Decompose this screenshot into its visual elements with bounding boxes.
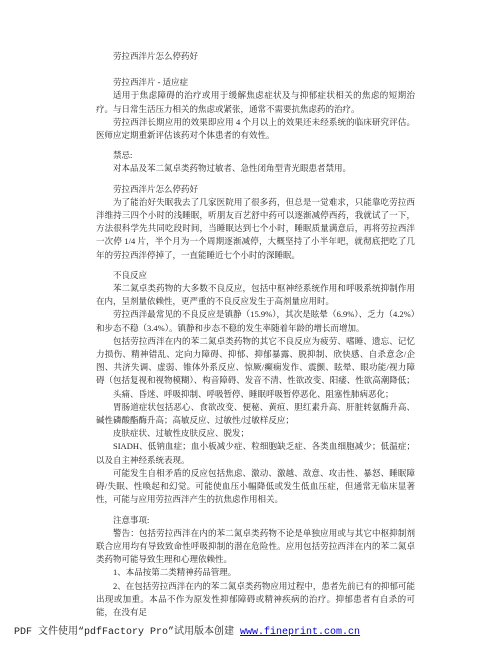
paragraph: 苯二氮卓类药物的大多数不良反应，包括中枢神经系统作用和呼吸系统抑制作用在内，呈剂…: [96, 282, 415, 308]
section-how-to-stop: 劳拉西泮片怎么停药好 为了能治好失眠我去了几家医院用了很多药，但总是一觉难求，只…: [96, 183, 415, 262]
paragraph: 劳拉西泮最常见的不良反应是镇静（15.9%），其次是眩晕（6.9%）、乏力（4.…: [96, 308, 415, 334]
paragraph: 对本品及苯二氮卓类药物过敏者、急性闭角型青光眼患者禁用。: [96, 162, 415, 175]
section-heading: 劳拉西泮片 - 适应症: [96, 76, 415, 89]
paragraph: 可能发生自相矛盾的反应包括焦虑、激动、激越、敌意、攻击性、暴怒、睡眠障碍/失眠、…: [96, 467, 415, 507]
paragraph: 适用于焦虑障碍的治疗或用于缓解焦虑症状及与抑郁症状相关的焦虑的短期治疗。与日常生…: [96, 89, 415, 115]
paragraph: 头痛、昏迷、呼吸抑制、呼吸暂停、睡眠呼吸暂停恶化、阻塞性肺病恶化；: [96, 388, 415, 401]
paragraph: 警告：包括劳拉西泮在内的苯二氮卓类药物不论是单独应用或与其它中枢抑制剂联合应用均…: [96, 527, 415, 567]
section-adverse-reactions: 不良反应 苯二氮卓类药物的大多数不良反应，包括中枢神经系统作用和呼吸系统抑制作用…: [96, 269, 415, 507]
document-body: 劳拉西泮片怎么停药好 劳拉西泮片 - 适应症 适用于焦虑障碍的治疗或用于缓解焦虑…: [96, 50, 415, 626]
paragraph: 2、在包括劳拉西泮在内的苯二氮卓类药物应用过程中，患者先前已有的抑郁可能出现或加…: [96, 580, 415, 620]
section-heading: 不良反应: [96, 269, 415, 282]
paragraph: 包括劳拉西泮在内的苯二氮卓类药物的其它不良反应为疲劳、嗜睡、遗忘、记忆力损伤、精…: [96, 335, 415, 388]
paragraph: SIADH、低钠血症；血小板减少症、粒细胞缺乏症、各类血细胞减少；低温症；以及自…: [96, 440, 415, 466]
section-contraindications: 禁忌: 对本品及苯二氮卓类药物过敏者、急性闭角型青光眼患者禁用。: [96, 149, 415, 175]
paragraph: 胃肠道症状包括恶心、食欲改变、便秘、黄疸、胆红素升高、肝脏转氨酶升高、碱性磷酸酯…: [96, 401, 415, 427]
paragraph: 为了能治好失眠我去了几家医院用了很多药，但总是一觉难求，只能靠吃劳拉西泮维持三四…: [96, 196, 415, 262]
section-heading: 注意事项:: [96, 514, 415, 527]
section-precautions: 注意事项: 警告：包括劳拉西泮在内的苯二氮卓类药物不论是单独应用或与其它中枢抑制…: [96, 514, 415, 620]
section-indications: 劳拉西泮片 - 适应症 适用于焦虑障碍的治疗或用于缓解焦虑症状及与抑郁症状相关的…: [96, 76, 415, 142]
pdffactory-watermark: PDF 文件使用“pdfFactory Pro”试用版本创建 www.finep…: [14, 626, 494, 639]
page-title: 劳拉西泮片怎么停药好: [96, 50, 415, 63]
pdf-page: 劳拉西泮片怎么停药好 劳拉西泮片 - 适应症 适用于焦虑障碍的治疗或用于缓解焦虑…: [0, 0, 502, 649]
section-heading: 禁忌:: [96, 149, 415, 162]
section-heading: 劳拉西泮片怎么停药好: [96, 183, 415, 196]
fineprint-link[interactable]: www.fineprint.com.cn: [240, 627, 360, 638]
paragraph: 皮肤症状、过敏性皮肤反应、脱发；: [96, 427, 415, 440]
paragraph: 1、本品按第二类精神药品管理。: [96, 566, 415, 579]
paragraph: 劳拉西泮长期应用的效果即应用 4 个月以上的效果还未经系统的临床研究评估。医师应…: [96, 116, 415, 142]
watermark-text: PDF 文件使用“pdfFactory Pro”试用版本创建: [14, 627, 240, 638]
